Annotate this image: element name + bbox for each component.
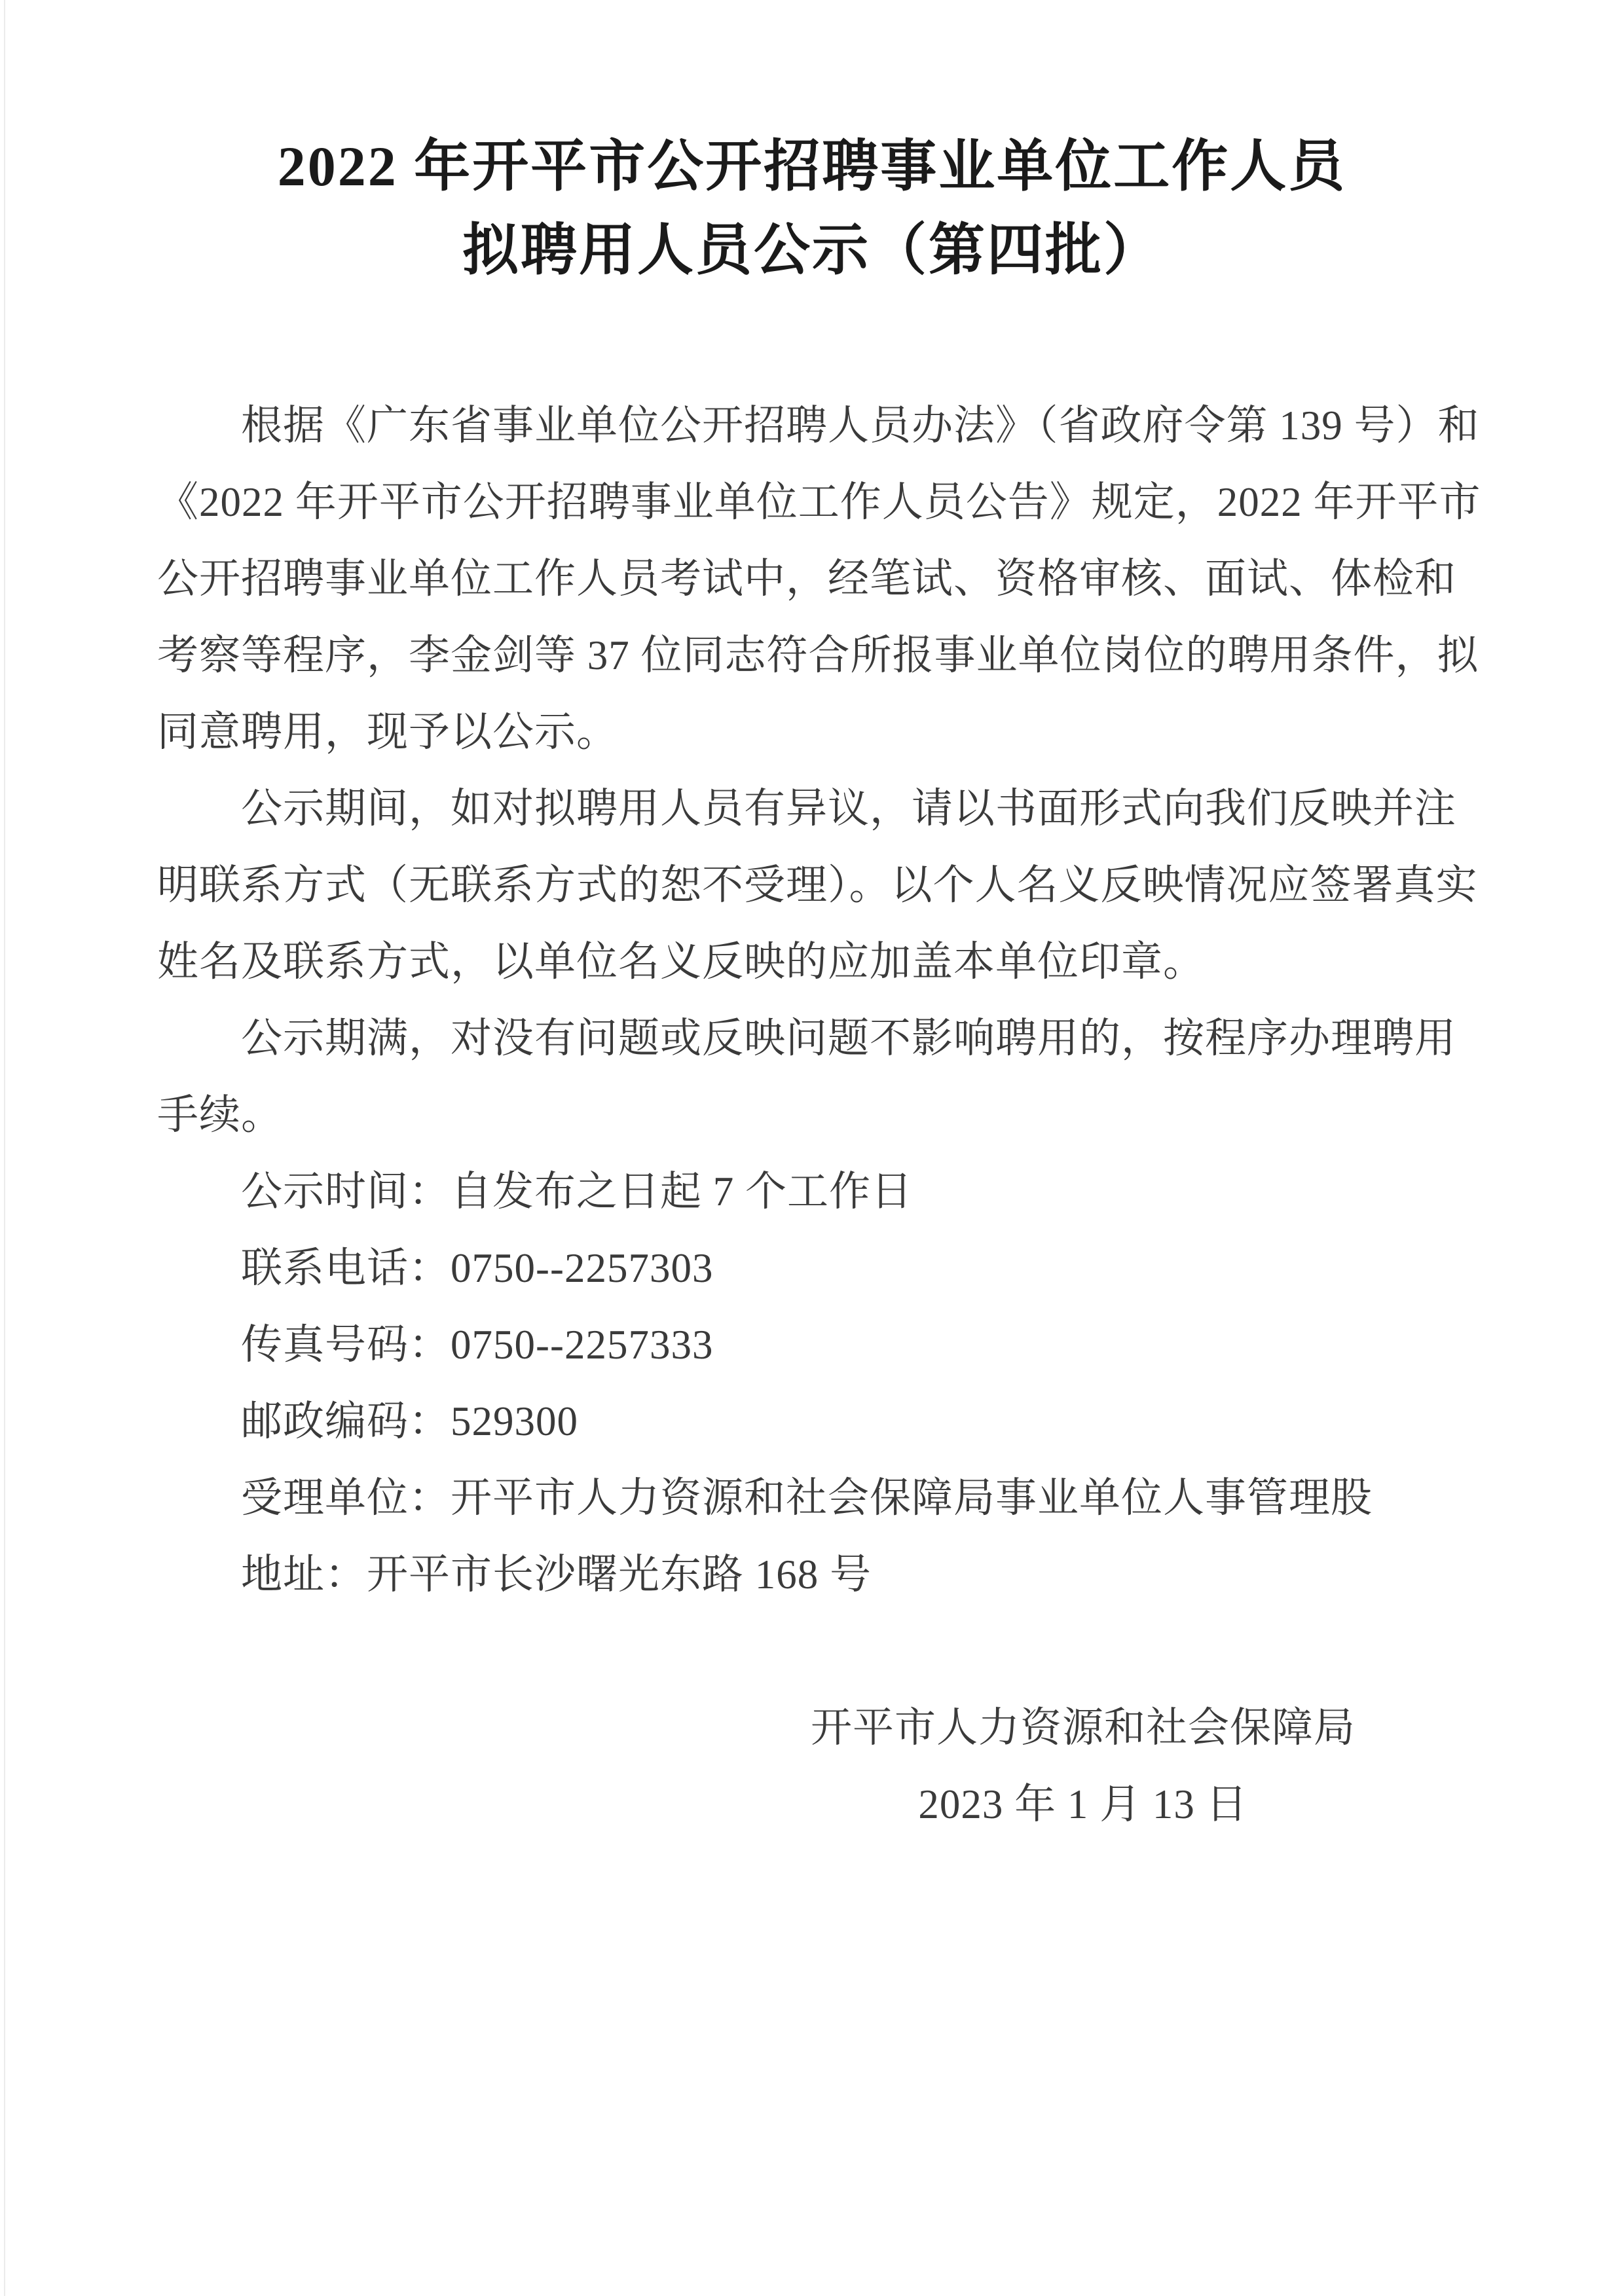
info-phone-line: 联系电话：0750--2257303: [157, 1230, 1493, 1307]
paragraph-line: 根据《广东省事业单位公开招聘人员办法》（省政府令第 139 号）和: [157, 388, 1493, 464]
paragraph-line: 明联系方式（无联系方式的恕不受理）。以个人名义反映情况应签署真实: [157, 847, 1493, 924]
signature-block: 开平市人力资源和社会保障局 2023 年 1 月 13 日: [811, 1690, 1356, 1843]
paragraph-line: 公示期满，对没有问题或反映问题不影响聘用的，按程序办理聘用: [157, 1000, 1493, 1077]
signature-org: 开平市人力资源和社会保障局: [811, 1690, 1356, 1766]
paragraph-3: 公示期满，对没有问题或反映问题不影响聘用的，按程序办理聘用 手续。: [157, 1000, 1493, 1154]
paragraph-line: 公示期间，如对拟聘用人员有异议，请以书面形式向我们反映并注: [157, 771, 1493, 847]
contact-info-section: 公示时间：自发布之日起 7 个工作日 联系电话：0750--2257303 传真…: [157, 1154, 1493, 1613]
paragraph-line: 手续。: [157, 1077, 1493, 1154]
document-title: 2022 年开平市公开招聘事业单位工作人员 拟聘用人员公示（第四批）: [0, 0, 1624, 292]
info-accepting-unit-line: 受理单位：开平市人力资源和社会保障局事业单位人事管理股: [157, 1460, 1493, 1537]
info-postal-code-line: 邮政编码：529300: [157, 1383, 1493, 1460]
title-line-2: 拟聘用人员公示（第四批）: [0, 208, 1624, 292]
paragraph-1: 根据《广东省事业单位公开招聘人员办法》（省政府令第 139 号）和 《2022 …: [157, 388, 1493, 771]
paragraph-line: 公开招聘事业单位工作人员考试中，经笔试、资格审核、面试、体检和: [157, 541, 1493, 617]
paragraph-line: 姓名及联系方式，以单位名义反映的应加盖本单位印章。: [157, 924, 1493, 1000]
document-page: 2022 年开平市公开招聘事业单位工作人员 拟聘用人员公示（第四批） 根据《广东…: [0, 0, 1624, 2296]
document-body: 根据《广东省事业单位公开招聘人员办法》（省政府令第 139 号）和 《2022 …: [157, 388, 1493, 1843]
paragraph-line: 同意聘用，现予以公示。: [157, 694, 1493, 771]
paragraph-line: 《2022 年开平市公开招聘事业单位工作人员公告》规定，2022 年开平市: [157, 464, 1493, 541]
title-line-1: 2022 年开平市公开招聘事业单位工作人员: [0, 124, 1624, 208]
info-fax-line: 传真号码：0750--2257333: [157, 1307, 1493, 1383]
paragraph-line: 考察等程序，李金剑等 37 位同志符合所报事业单位岗位的聘用条件，拟: [157, 617, 1493, 694]
info-publicity-period-line: 公示时间：自发布之日起 7 个工作日: [157, 1154, 1493, 1230]
paragraph-2: 公示期间，如对拟聘用人员有异议，请以书面形式向我们反映并注 明联系方式（无联系方…: [157, 771, 1493, 1000]
scan-edge-artifact: [4, 0, 5, 2296]
info-address-line: 地址：开平市长沙曙光东路 168 号: [157, 1537, 1493, 1613]
signature-date: 2023 年 1 月 13 日: [811, 1766, 1356, 1843]
